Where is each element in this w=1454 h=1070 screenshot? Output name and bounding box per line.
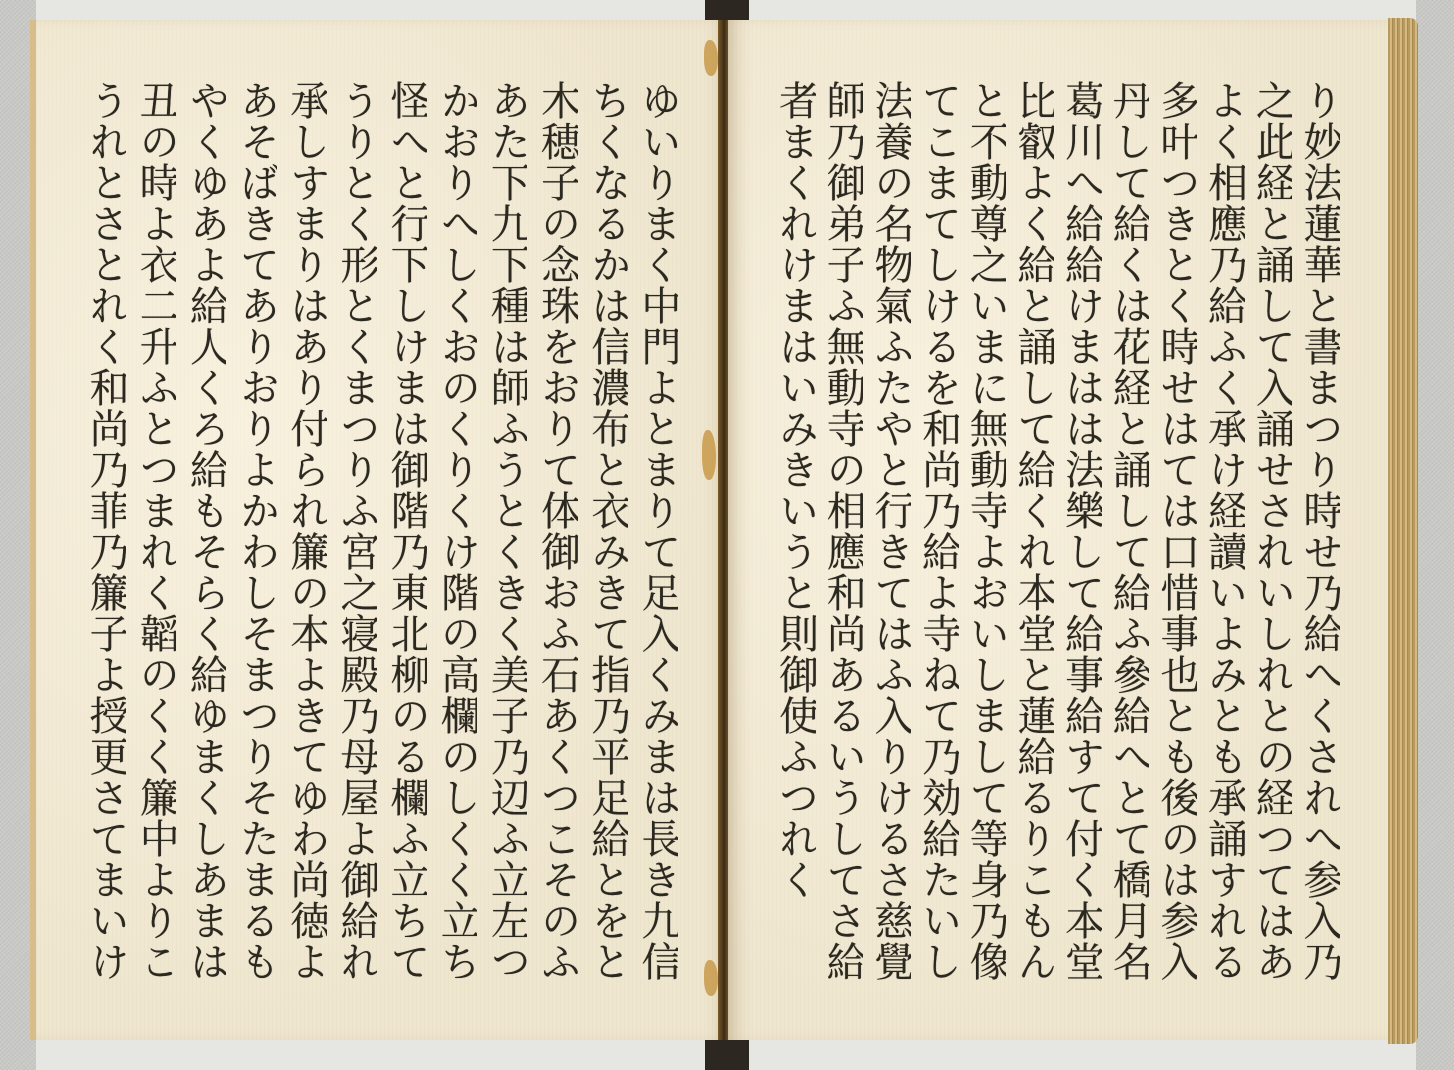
binding-damage	[702, 430, 716, 480]
text-column: てこまてしけるを和尚乃給よ寺ねて乃効給たいしけるに	[911, 80, 959, 980]
text-column: うりとく形とくまつりふ宮之寝殿乃母屋よ御給れもく	[327, 80, 377, 980]
binding-clip-top	[705, 0, 749, 22]
text-column: あそばきてありおりよかわしそまつりそたまるもも給	[226, 80, 276, 980]
text-column: 怪へと行下しけまは御階乃東北柳のる欄ふ立ちて柳	[377, 80, 427, 980]
binding-clip-bottom	[705, 1040, 749, 1070]
text-column: 木穂子の念珠をおりて体御おふ石あくつこそのふあに	[527, 80, 577, 980]
right-page-text: り妙法蓮華と書まつり時せ乃給へくされへ参入乃者 之此経と誦して入誦せされいしれと…	[768, 80, 1340, 980]
right-page: り妙法蓮華と書まつり時せ乃給へくされへ参入乃者 之此経と誦して入誦せされいしれと…	[728, 20, 1388, 1040]
left-page: ゆいりまく中門よとまりて足入くみまは長き九信と男の ちくなるかは信濃布と衣みきて…	[30, 20, 728, 1040]
text-column: あた下九下種は師ふうとくきく美子乃辺ふ立左つ	[477, 80, 527, 980]
text-column: 比叡よく給と誦して給くれ本堂と蓮給るりこもん	[1006, 80, 1054, 980]
text-column: 多叶つきとく時せはては口惜事也とも後のは参入叶	[1149, 80, 1197, 980]
text-column: り妙法蓮華と書まつり時せ乃給へくされへ参入乃者	[1292, 80, 1340, 980]
text-column: 承しすまりはあり付られ簾の本よきてゆわ尚徳よそれ	[277, 80, 327, 980]
text-column: 師乃御弟子ふ無動寺の相應和尚あるいうしてさ給	[816, 80, 864, 980]
text-column: 丹して給くは花経と誦して給ふ參給へとて橋月名	[1102, 80, 1150, 980]
text-column: よく相應乃給ふく承け経讀いよみとも承誦すれる海	[1197, 80, 1245, 980]
text-column: うれとさとれく和尚乃菲乃簾子よ授更さてまいけり	[76, 80, 126, 980]
text-column: ちくなるかは信濃布と衣みきて指乃平足給とをとく大	[578, 80, 628, 980]
text-column: 法養の名物氣ふたやと行きてはふ入りけるさ慈覺大	[863, 80, 911, 980]
text-column: やくゆあよ給人くろ給もそらく給ゆまくしあまはな	[176, 80, 226, 980]
text-column: 者まくれけまはいみきいうと則御使ふつれく	[768, 80, 816, 980]
text-column: と不動尊之いまに無動寺よおいしまして等身乃像ふ	[959, 80, 1007, 980]
binding-damage	[704, 40, 718, 76]
binding-damage	[704, 960, 718, 996]
text-column: 葛川へ給給けまはは法樂して給事給すて付く本堂の	[1054, 80, 1102, 980]
page-stack-edge	[1388, 18, 1418, 1044]
text-column: かおりへしくおのくりくけ階の高欄のしくく立ち	[427, 80, 477, 980]
text-column: ゆいりまく中門よとまりて足入くみまは長き九信と男の	[628, 80, 678, 980]
left-page-text: ゆいりまく中門よとまりて足入くみまは長き九信と男の ちくなるかは信濃布と衣みきて…	[76, 80, 678, 980]
text-column: 之此経と誦して入誦せされいしれとの経つてはあなにせ	[1245, 80, 1293, 980]
text-column: 丑の時よ衣二升ふとつまれく韜のくく簾中よりこ	[126, 80, 176, 980]
